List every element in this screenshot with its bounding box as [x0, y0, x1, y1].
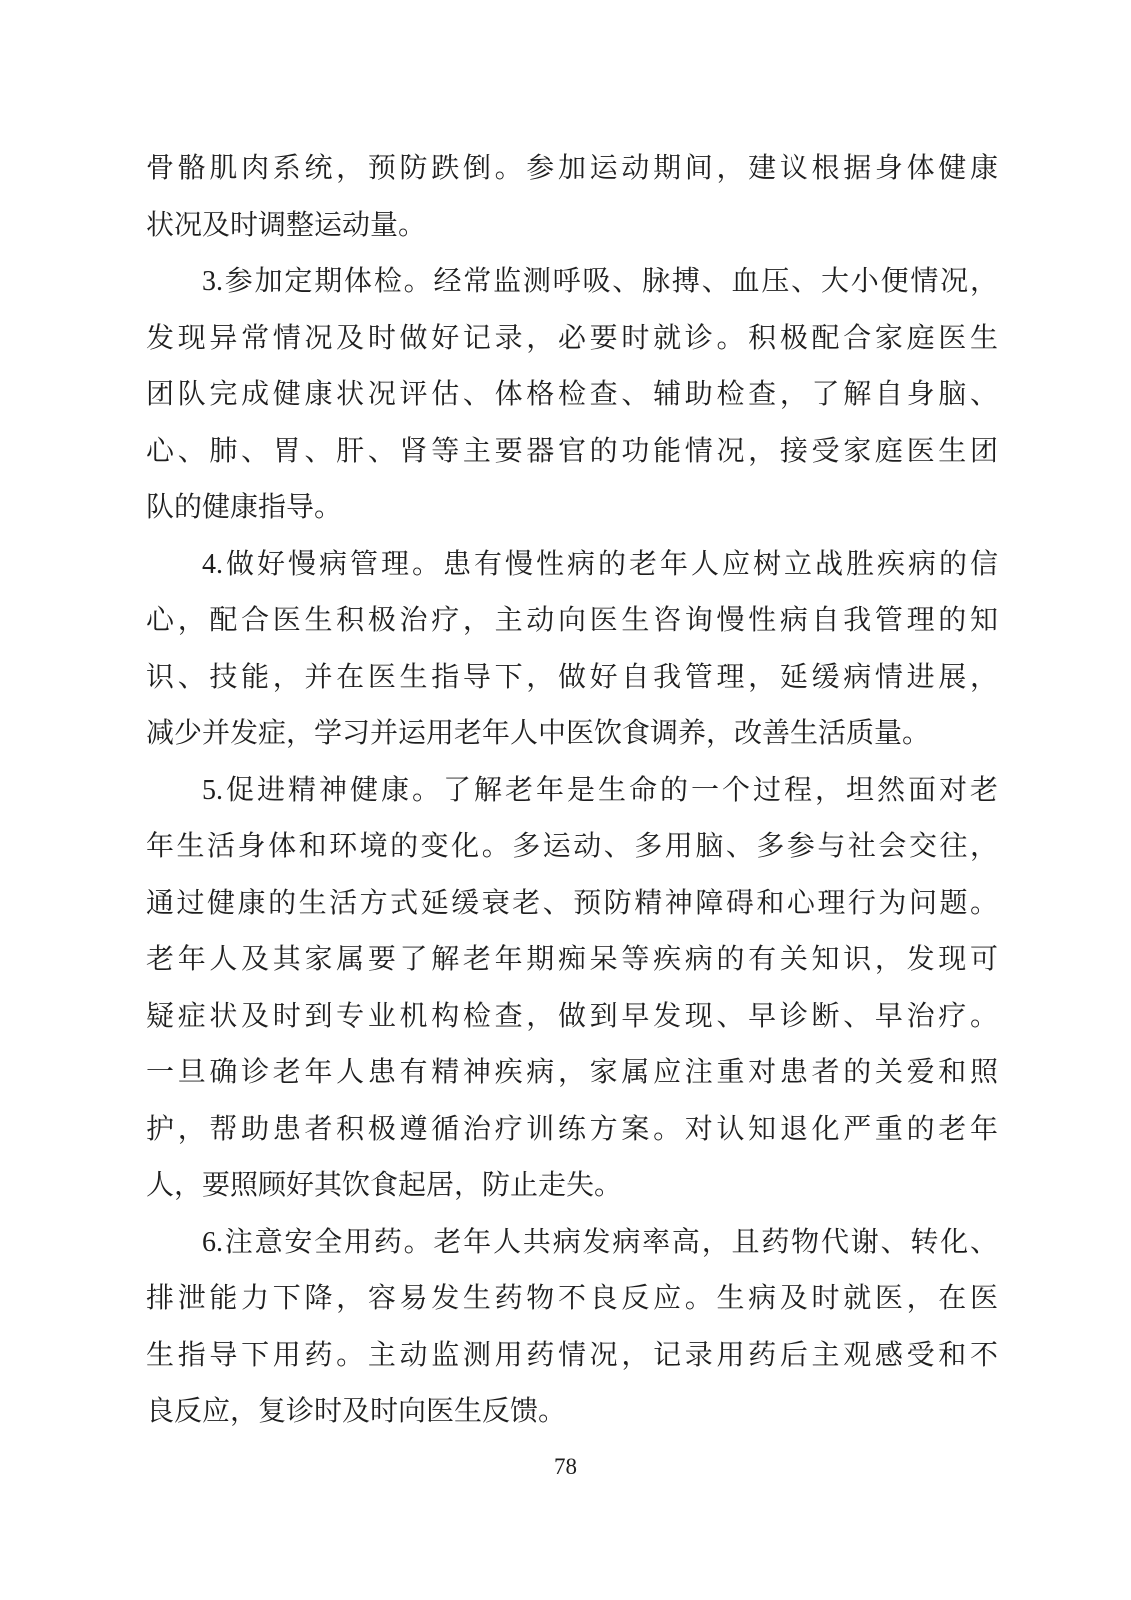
- text-line: 6.注意安全用药。老年人共病发病率高，且药物代谢、转化、: [146, 1215, 998, 1272]
- text-line: 状况及时调整运动量。: [146, 198, 998, 255]
- text-line: 通过健康的生活方式延缓衰老、预防精神障碍和心理行为问题。: [146, 876, 998, 933]
- text-line: 护，帮助患者积极遵循治疗训练方案。对认知退化严重的老年: [146, 1102, 998, 1159]
- text-line: 心，配合医生积极治疗，主动向医生咨询慢性病自我管理的知: [146, 593, 998, 650]
- text-line: 3.参加定期体检。经常监测呼吸、脉搏、血压、大小便情况，: [146, 254, 998, 311]
- document-page: 骨骼肌肉系统，预防跌倒。参加运动期间，建议根据身体健康状况及时调整运动量。3.参…: [0, 0, 1131, 1600]
- text-line: 排泄能力下降，容易发生药物不良反应。生病及时就医，在医: [146, 1271, 998, 1328]
- text-line: 发现异常情况及时做好记录，必要时就诊。积极配合家庭医生: [146, 311, 998, 368]
- text-line: 一旦确诊老年人患有精神疾病，家属应注重对患者的关爱和照: [146, 1045, 998, 1102]
- text-line: 减少并发症，学习并运用老年人中医饮食调养，改善生活质量。: [146, 706, 998, 763]
- text-line: 骨骼肌肉系统，预防跌倒。参加运动期间，建议根据身体健康: [146, 141, 998, 198]
- page-number: 78: [0, 1452, 1131, 1482]
- text-line: 疑症状及时到专业机构检查，做到早发现、早诊断、早治疗。: [146, 989, 998, 1046]
- text-line: 队的健康指导。: [146, 480, 998, 537]
- text-line: 生指导下用药。主动监测用药情况，记录用药后主观感受和不: [146, 1328, 998, 1385]
- text-line: 年生活身体和环境的变化。多运动、多用脑、多参与社会交往，: [146, 819, 998, 876]
- text-line: 4.做好慢病管理。患有慢性病的老年人应树立战胜疾病的信: [146, 537, 998, 594]
- text-line: 心、肺、胃、肝、肾等主要器官的功能情况，接受家庭医生团: [146, 424, 998, 481]
- text-line: 团队完成健康状况评估、体格检查、辅助检查，了解自身脑、: [146, 367, 998, 424]
- text-line: 人，要照顾好其饮食起居，防止走失。: [146, 1158, 998, 1215]
- text-line: 5.促进精神健康。了解老年是生命的一个过程，坦然面对老: [146, 763, 998, 820]
- text-line: 良反应，复诊时及时向医生反馈。: [146, 1384, 998, 1441]
- text-line: 识、技能，并在医生指导下，做好自我管理，延缓病情进展，: [146, 650, 998, 707]
- body-text: 骨骼肌肉系统，预防跌倒。参加运动期间，建议根据身体健康状况及时调整运动量。3.参…: [146, 141, 998, 1441]
- text-line: 老年人及其家属要了解老年期痴呆等疾病的有关知识，发现可: [146, 932, 998, 989]
